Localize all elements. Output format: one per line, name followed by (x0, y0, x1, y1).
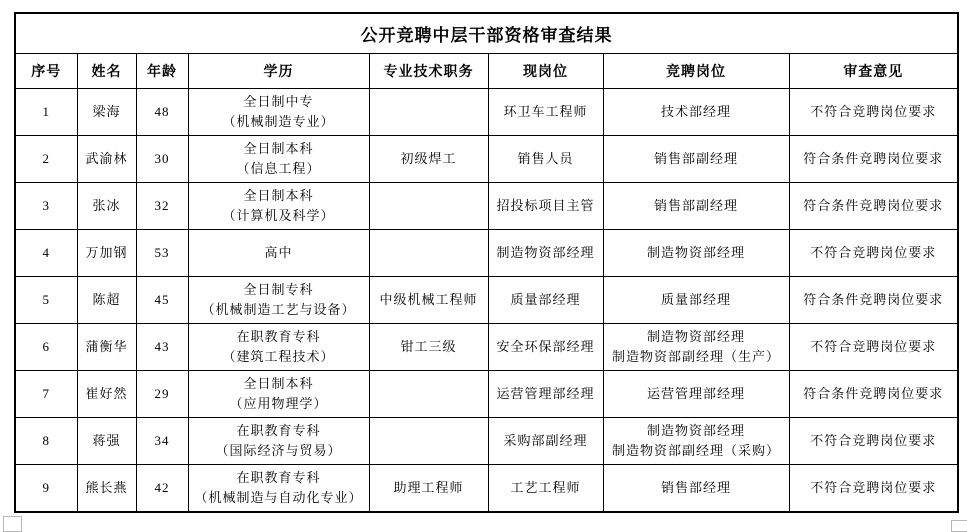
cell-age: 32 (136, 183, 188, 230)
page-title: 公开竞聘中层干部资格审查结果 (15, 13, 958, 54)
cell-name: 熊长燕 (77, 465, 136, 513)
table-row: 6 蒲衡华 43 在职教育专科（建筑工程技术） 钳工三级 安全环保部经理 制造物… (15, 324, 958, 371)
cell-target-post: 质量部经理 (603, 277, 789, 324)
cell-target-post: 技术部经理 (603, 89, 789, 136)
education-line: 全日制本科 (191, 186, 367, 206)
cell-review: 不符合竞聘岗位要求 (789, 418, 958, 465)
cell-age: 34 (136, 418, 188, 465)
cell-no: 5 (15, 277, 77, 324)
cell-no: 2 (15, 136, 77, 183)
cell-no: 8 (15, 418, 77, 465)
col-header-no: 序号 (15, 54, 77, 89)
cell-current-post: 采购部副经理 (488, 418, 603, 465)
target-post-line: 质量部经理 (606, 290, 787, 310)
cell-name: 陈超 (77, 277, 136, 324)
cell-target-post: 销售部经理 (603, 465, 789, 513)
cell-review: 符合条件竞聘岗位要求 (789, 183, 958, 230)
cell-target-post: 制造物资部经理制造物资部副经理（生产） (603, 324, 789, 371)
cell-education: 全日制本科（信息工程） (188, 136, 369, 183)
table-row: 2 武渝林 30 全日制本科（信息工程） 初级焊工 销售人员 销售部副经理 符合… (15, 136, 958, 183)
cell-tech-title (369, 183, 488, 230)
cell-target-post: 销售部副经理 (603, 136, 789, 183)
education-line: （机械制造工艺与设备） (191, 300, 367, 320)
cell-tech-title: 钳工三级 (369, 324, 488, 371)
cell-education: 全日制专科（机械制造工艺与设备） (188, 277, 369, 324)
cell-tech-title (369, 230, 488, 277)
cell-education: 在职教育专科（国际经济与贸易） (188, 418, 369, 465)
col-header-review: 审查意见 (789, 54, 958, 89)
cell-current-post: 工艺工程师 (488, 465, 603, 513)
col-header-education: 学历 (188, 54, 369, 89)
cell-review: 不符合竞聘岗位要求 (789, 465, 958, 513)
cell-tech-title: 中级机械工程师 (369, 277, 488, 324)
education-line: 全日制中专 (191, 92, 367, 112)
table-resize-handle[interactable] (951, 520, 967, 525)
table-row: 7 崔好然 29 全日制本科（应用物理学） 运营管理部经理 运营管理部经理 符合… (15, 371, 958, 418)
cell-education: 在职教育专科（机械制造与自动化专业） (188, 465, 369, 513)
cell-name: 蒋强 (77, 418, 136, 465)
cell-no: 7 (15, 371, 77, 418)
cell-no: 3 (15, 183, 77, 230)
cell-education: 在职教育专科（建筑工程技术） (188, 324, 369, 371)
cell-current-post: 环卫车工程师 (488, 89, 603, 136)
cell-age: 48 (136, 89, 188, 136)
cell-education: 高中 (188, 230, 369, 277)
cell-age: 29 (136, 371, 188, 418)
cell-review: 符合条件竞聘岗位要求 (789, 136, 958, 183)
cell-target-post: 制造物资部经理 (603, 230, 789, 277)
target-post-line: 销售部经理 (606, 478, 787, 498)
cell-name: 崔好然 (77, 371, 136, 418)
cell-no: 1 (15, 89, 77, 136)
qualification-review-table: 公开竞聘中层干部资格审查结果 序号 姓名 年龄 学历 专业技术职务 现岗位 竞聘… (14, 12, 959, 513)
target-post-line: 制造物资部经理 (606, 421, 787, 441)
education-line: 在职教育专科 (191, 421, 367, 441)
table-header-row: 序号 姓名 年龄 学历 专业技术职务 现岗位 竞聘岗位 审查意见 (15, 54, 958, 89)
table-row: 5 陈超 45 全日制专科（机械制造工艺与设备） 中级机械工程师 质量部经理 质… (15, 277, 958, 324)
target-post-line: 制造物资部经理 (606, 243, 787, 263)
cell-current-post: 安全环保部经理 (488, 324, 603, 371)
cell-review: 符合条件竞聘岗位要求 (789, 371, 958, 418)
target-post-line: 销售部副经理 (606, 149, 787, 169)
col-header-name: 姓名 (77, 54, 136, 89)
education-line: （信息工程） (191, 159, 367, 179)
table-title-row: 公开竞聘中层干部资格审查结果 (15, 13, 958, 54)
cell-name: 蒲衡华 (77, 324, 136, 371)
cell-tech-title (369, 371, 488, 418)
table-row: 9 熊长燕 42 在职教育专科（机械制造与自动化专业） 助理工程师 工艺工程师 … (15, 465, 958, 513)
cell-name: 张冰 (77, 183, 136, 230)
cell-tech-title (369, 89, 488, 136)
col-header-tech-title: 专业技术职务 (369, 54, 488, 89)
cell-tech-title (369, 418, 488, 465)
education-line: （机械制造专业） (191, 112, 367, 132)
education-line: （国际经济与贸易） (191, 441, 367, 461)
cell-name: 梁海 (77, 89, 136, 136)
cell-review: 不符合竞聘岗位要求 (789, 324, 958, 371)
table-row: 1 梁海 48 全日制中专（机械制造专业） 环卫车工程师 技术部经理 不符合竞聘… (15, 89, 958, 136)
education-line: （应用物理学） (191, 394, 367, 414)
target-post-line: 销售部副经理 (606, 196, 787, 216)
table-row: 8 蒋强 34 在职教育专科（国际经济与贸易） 采购部副经理 制造物资部经理制造… (15, 418, 958, 465)
col-header-target-post: 竞聘岗位 (603, 54, 789, 89)
education-line: （计算机及科学） (191, 206, 367, 226)
target-post-line: 运营管理部经理 (606, 384, 787, 404)
cell-age: 53 (136, 230, 188, 277)
target-post-line: 制造物资部副经理（采购） (606, 441, 787, 461)
col-header-age: 年龄 (136, 54, 188, 89)
cell-name: 万加钢 (77, 230, 136, 277)
cell-age: 30 (136, 136, 188, 183)
education-line: 全日制本科 (191, 139, 367, 159)
education-line: （建筑工程技术） (191, 347, 367, 367)
cell-target-post: 销售部副经理 (603, 183, 789, 230)
education-line: 高中 (191, 243, 367, 263)
education-line: 全日制本科 (191, 374, 367, 394)
table-row: 4 万加钢 53 高中 制造物资部经理 制造物资部经理 不符合竞聘岗位要求 (15, 230, 958, 277)
cell-current-post: 制造物资部经理 (488, 230, 603, 277)
cell-target-post: 运营管理部经理 (603, 371, 789, 418)
cell-age: 45 (136, 277, 188, 324)
cell-target-post: 制造物资部经理制造物资部副经理（采购） (603, 418, 789, 465)
target-post-line: 技术部经理 (606, 102, 787, 122)
table-row: 3 张冰 32 全日制本科（计算机及科学） 招投标项目主管 销售部副经理 符合条… (15, 183, 958, 230)
target-post-line: 制造物资部经理 (606, 327, 787, 347)
cell-current-post: 质量部经理 (488, 277, 603, 324)
education-line: 全日制专科 (191, 280, 367, 300)
cell-current-post: 招投标项目主管 (488, 183, 603, 230)
cell-current-post: 运营管理部经理 (488, 371, 603, 418)
cell-current-post: 销售人员 (488, 136, 603, 183)
cell-no: 4 (15, 230, 77, 277)
col-header-current-post: 现岗位 (488, 54, 603, 89)
cell-age: 42 (136, 465, 188, 513)
table-handle-left[interactable] (3, 516, 22, 525)
cell-education: 全日制本科（计算机及科学） (188, 183, 369, 230)
cell-tech-title: 助理工程师 (369, 465, 488, 513)
education-line: （机械制造与自动化专业） (191, 488, 367, 508)
cell-age: 43 (136, 324, 188, 371)
target-post-line: 制造物资部副经理（生产） (606, 347, 787, 367)
education-line: 在职教育专科 (191, 468, 367, 488)
cell-education: 全日制本科（应用物理学） (188, 371, 369, 418)
cell-review: 不符合竞聘岗位要求 (789, 89, 958, 136)
cell-name: 武渝林 (77, 136, 136, 183)
cell-education: 全日制中专（机械制造专业） (188, 89, 369, 136)
cell-no: 9 (15, 465, 77, 513)
cell-no: 6 (15, 324, 77, 371)
cell-review: 不符合竞聘岗位要求 (789, 230, 958, 277)
cell-review: 符合条件竞聘岗位要求 (789, 277, 958, 324)
cell-tech-title: 初级焊工 (369, 136, 488, 183)
education-line: 在职教育专科 (191, 327, 367, 347)
